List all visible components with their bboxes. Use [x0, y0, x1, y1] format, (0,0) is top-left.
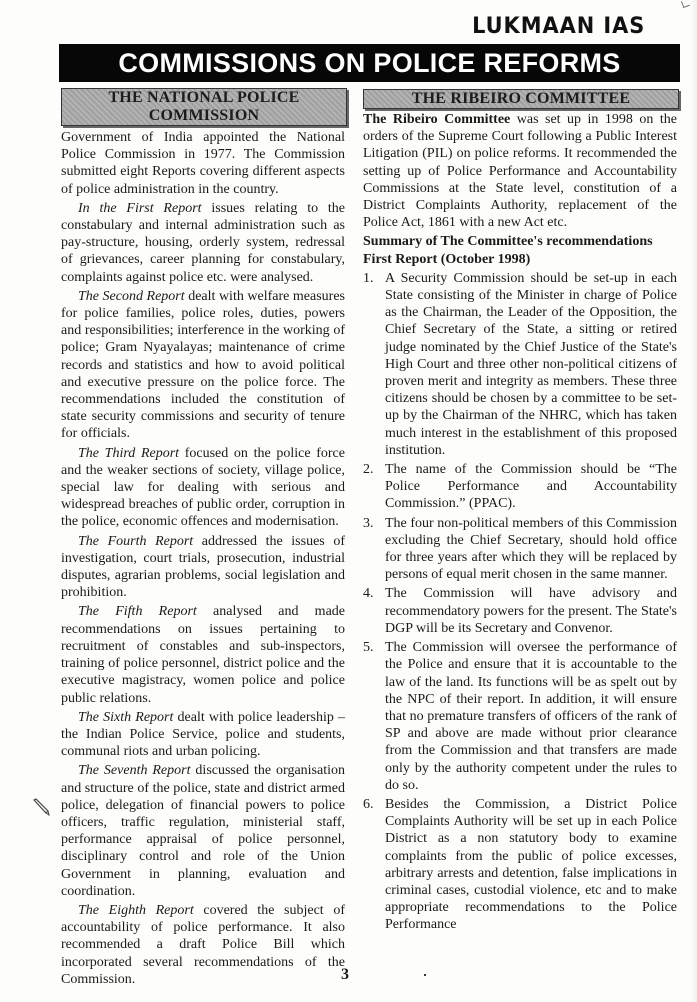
recommendation-text: The Commission will have advisory and re…: [385, 586, 677, 635]
recommendation-text: The Commission will oversee the performa…: [385, 640, 677, 793]
npc-intro-paragraph: Government of India appointed the Nation…: [61, 129, 345, 198]
report-label: The Sixth Report: [78, 710, 173, 725]
section-heading-line2: COMMISSION: [62, 107, 346, 125]
ribeiro-intro-bold: The Ribeiro Committee: [363, 112, 510, 127]
recommendation-text: The name of the Commission should be “Th…: [385, 462, 677, 511]
recommendation-number: 3.: [363, 515, 374, 532]
recommendation-text: A Security Commission should be set-up i…: [385, 271, 677, 458]
recommendation-item: 6.Besides the Commission, a District Pol…: [363, 796, 677, 934]
scan-edge-shadow: [691, 0, 697, 1002]
report-text: dealt with welfare measures for police f…: [61, 289, 345, 442]
left-column: Government of India appointed the Nation…: [61, 129, 345, 988]
recommendation-text: The four non-political members of this C…: [385, 516, 677, 583]
report-paragraph-8: The Eighth Report covered the subject of…: [61, 902, 345, 988]
recommendation-number: 5.: [363, 639, 374, 656]
report-paragraph-3: The Third Report focused on the police f…: [61, 445, 345, 531]
page-title: COMMISSIONS ON POLICE REFORMS: [59, 44, 680, 82]
ribeiro-intro-paragraph: The Ribeiro Committee was set up in 1998…: [363, 111, 677, 231]
recommendation-number: 1.: [363, 270, 374, 287]
report-paragraph-2: The Second Report dealt with welfare mea…: [61, 288, 345, 443]
recommendation-number: 4.: [363, 585, 374, 602]
brand-logo-text: LUKMAAN IAS: [472, 14, 645, 39]
report-label: In the First Report: [78, 201, 202, 216]
report-text: discussed the organisation and structure…: [61, 763, 345, 898]
recommendation-number: 2.: [363, 461, 374, 478]
report-label: The Fourth Report: [78, 534, 193, 549]
summary-heading: Summary of The Committee's recommendatio…: [363, 233, 677, 250]
report-paragraph-1: In the First Report issues relating to t…: [61, 200, 345, 286]
recommendation-item: 4.The Commission will have advisory and …: [363, 585, 677, 637]
report-paragraph-7: The Seventh Report discussed the organis…: [61, 762, 345, 900]
recommendation-item: 2.The name of the Commission should be “…: [363, 461, 677, 513]
recommendation-item: 1.A Security Commission should be set-up…: [363, 270, 677, 459]
ribeiro-intro-text: was set up in 1998 on the orders of the …: [363, 112, 677, 230]
pencil-mark-icon: [32, 798, 50, 816]
page-number: 3: [341, 966, 349, 984]
recommendation-number: 6.: [363, 796, 374, 813]
corner-scan-mark: [681, 0, 690, 8]
recommendations-list: 1.A Security Commission should be set-up…: [363, 270, 677, 934]
first-report-heading: First Report (October 1998): [363, 251, 677, 268]
section-heading-national-police-commission: THE NATIONAL POLICE COMMISSION: [61, 88, 347, 126]
report-label: The Eighth Report: [78, 903, 194, 918]
report-label: The Seventh Report: [78, 763, 191, 778]
recommendation-text: Besides the Commission, a District Polic…: [385, 797, 677, 932]
recommendation-item: 3.The four non-political members of this…: [363, 515, 677, 584]
report-label: The Third Report: [78, 446, 179, 461]
recommendation-item: 5.The Commission will oversee the perfor…: [363, 639, 677, 794]
stray-mark: [424, 974, 426, 976]
right-column: The Ribeiro Committee was set up in 1998…: [363, 111, 677, 936]
section-heading-line1: THE NATIONAL POLICE: [62, 89, 346, 107]
report-text: analysed and made recommendations on iss…: [61, 604, 345, 705]
report-paragraph-4: The Fourth Report addressed the issues o…: [61, 533, 345, 602]
report-label: The Second Report: [78, 289, 185, 304]
report-label: The Fifth Report: [78, 604, 197, 619]
section-heading-ribeiro-committee: THE RIBEIRO COMMITTEE: [363, 89, 679, 109]
report-paragraph-6: The Sixth Report dealt with police leade…: [61, 709, 345, 761]
report-paragraph-5: The Fifth Report analysed and made recom…: [61, 603, 345, 706]
